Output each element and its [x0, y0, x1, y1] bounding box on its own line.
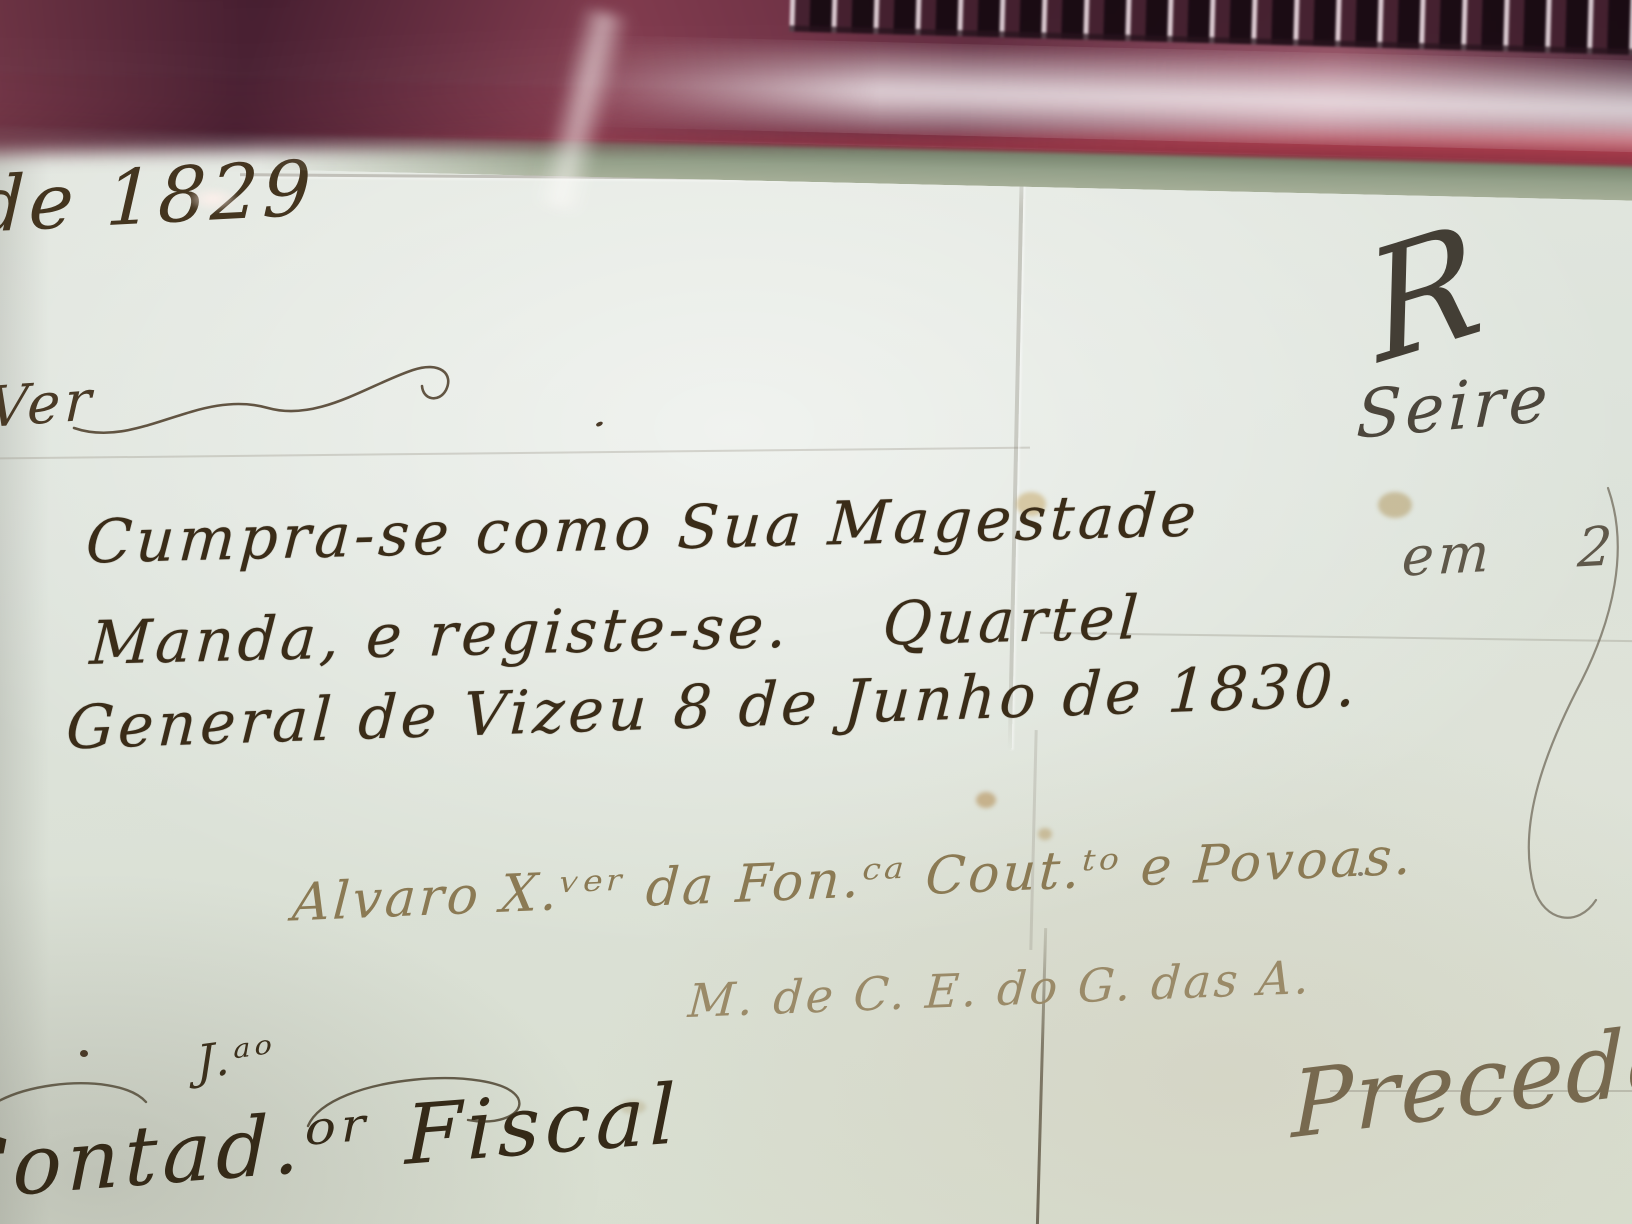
ink-speck	[80, 1050, 88, 1057]
plastic-sleeve-glare-spot	[186, 186, 240, 212]
photo-of-document: de 1829 Ver Cumpra-se como Sua Magestade…	[0, 0, 1632, 1224]
paper-stain	[1038, 828, 1052, 840]
margin-word-ver: Ver	[0, 368, 96, 441]
paper-stain	[1378, 492, 1412, 518]
bottom-left-superscript: J.ᵃᵒ	[195, 1024, 277, 1089]
right-margin-em2: em 2	[1400, 514, 1617, 588]
paper-stain	[976, 792, 996, 808]
